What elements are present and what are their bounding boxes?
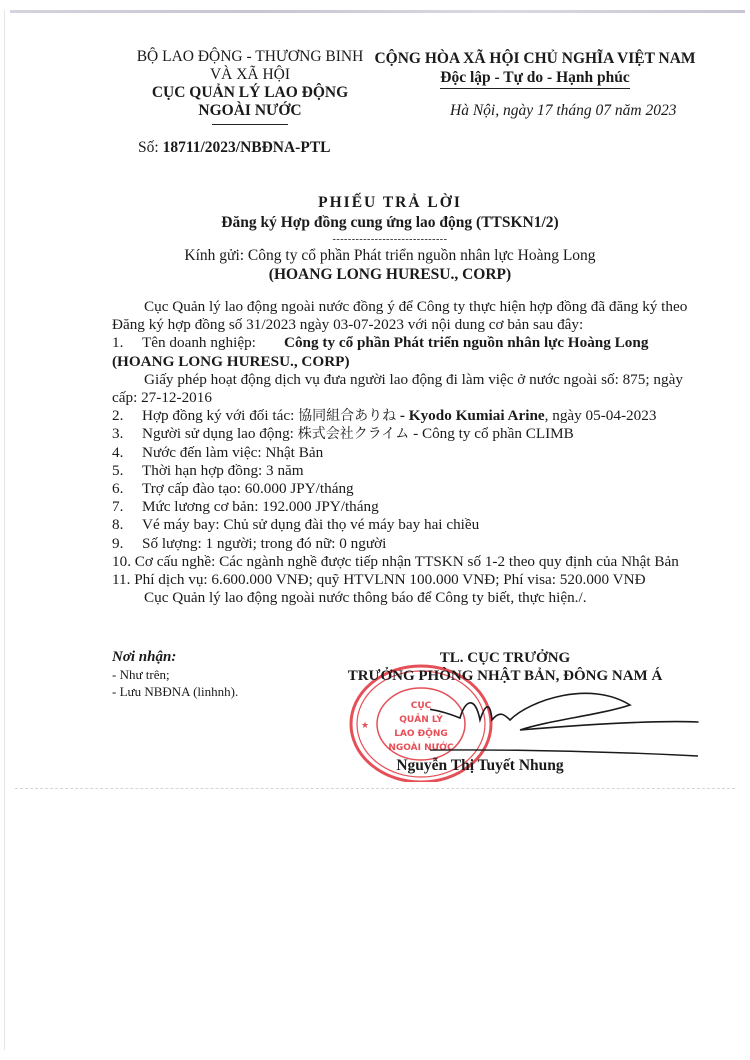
ministry-name-line2: VÀ XÃ HỘI [100, 66, 400, 84]
distribution-heading: Nơi nhận: [112, 649, 238, 666]
addressee-line2: (HOANG LONG HURESU., CORP) [269, 266, 511, 283]
distribution-item: - Lưu NBĐNA (linhnh). [112, 683, 238, 700]
document-body: Cục Quản lý lao động ngoài nước đồng ý đ… [112, 298, 688, 607]
employer-name: - Công ty cổ phần CLIMB [409, 425, 574, 442]
list-item: 2. Hợp đồng ký với đối tác: 協同組合ありね - Ky… [112, 407, 688, 425]
list-item: 3. Người sử dụng lao động: 株式会社クライム - Cô… [112, 425, 688, 443]
item-text: Nước đến làm việc: Nhật Bản [142, 444, 323, 462]
addressee: Kính gửi: Công ty cổ phần Phát triển ngu… [140, 246, 640, 284]
ministry-name-line1: BỘ LAO ĐỘNG - THƯƠNG BINH [100, 48, 400, 66]
partner-name: - Kyodo Kumiai Arine [396, 407, 545, 424]
agency-name-line2: NGOÀI NƯỚC [100, 102, 400, 120]
signatory-authority: TL. CỤC TRƯỞNG [320, 649, 690, 667]
item-number: 2. [112, 407, 142, 425]
document-subtitle: Đăng ký Hợp đồng cung ứng lao động (TTSK… [200, 213, 580, 233]
partner-name-jp: 協同組合ありね [298, 408, 396, 424]
document-title: PHIẾU TRẢ LỜI [200, 193, 580, 213]
item-text: Phí dịch vụ: 6.600.000 VNĐ; quỹ HTVLNN 1… [134, 571, 645, 588]
item-text: Trợ cấp đào tạo: 60.000 JPY/tháng [142, 480, 354, 498]
signer-name: Nguyễn Thị Tuyết Nhung [345, 757, 615, 775]
partner-date: , ngày 05-04-2023 [545, 407, 657, 424]
item-text: Mức lương cơ bản: 192.000 JPY/tháng [142, 498, 379, 516]
list-item: 6. Trợ cấp đào tạo: 60.000 JPY/tháng [112, 480, 688, 498]
list-item: 10. Cơ cấu nghề: Các ngành nghề được tiế… [112, 553, 688, 571]
item-label: Hợp đồng ký với đối tác: [142, 407, 298, 424]
list-item: 8. Vé máy bay: Chủ sử dụng đài thọ vé má… [112, 516, 688, 534]
signature-block: TL. CỤC TRƯỞNG TRƯỞNG PHÒNG NHẬT BẢN, ĐÔ… [320, 649, 690, 685]
item-text: Cơ cấu nghề: Các ngành nghề được tiếp nh… [135, 553, 679, 570]
item-number: 8. [112, 516, 142, 534]
handwritten-signature-icon [430, 690, 700, 760]
list-item: 7. Mức lương cơ bản: 192.000 JPY/tháng [112, 498, 688, 516]
intro-paragraph: Cục Quản lý lao động ngoài nước đồng ý đ… [112, 298, 688, 334]
item-number: 11. [112, 571, 130, 588]
svg-text:CỤC: CỤC [411, 701, 432, 711]
closing-paragraph: Cục Quản lý lao động ngoài nước thông bá… [112, 589, 688, 607]
item-number: 5. [112, 462, 142, 480]
scan-edge-left [4, 10, 5, 1050]
item-label: Tên doanh nghiệp: [142, 334, 256, 351]
item-number: 4. [112, 444, 142, 462]
item-label: Người sử dụng lao động: [142, 425, 298, 442]
svg-text:★: ★ [361, 721, 369, 731]
item-number: 7. [112, 498, 142, 516]
item-number: 10. [112, 553, 131, 570]
title-separator: ------------------------------ [200, 233, 580, 247]
scan-edge-top [10, 10, 745, 13]
distribution-item: - Như trên; [112, 666, 238, 683]
item-number: 1. [112, 334, 142, 352]
item-number: 9. [112, 535, 142, 553]
item-text: Thời hạn hợp đồng: 3 năm [142, 462, 304, 480]
scan-edge-bottom [15, 788, 735, 790]
employer-name-jp: 株式会社クライム [298, 426, 410, 442]
document-number: Số: 18711/2023/NBĐNA-PTL [138, 139, 331, 157]
list-item: 9. Số lượng: 1 người; trong đó nữ: 0 ngư… [112, 535, 688, 553]
nation-name: CỘNG HÒA XÃ HỘI CHỦ NGHĨA VIỆT NAM [365, 49, 705, 68]
document-number-label: Số: [138, 139, 163, 156]
distribution-list: Nơi nhận: - Như trên; - Lưu NBĐNA (linhn… [112, 649, 238, 700]
item-number: 3. [112, 425, 142, 443]
agency-name-line1: CỤC QUẢN LÝ LAO ĐỘNG [100, 84, 400, 102]
addressee-line1: Kính gửi: Công ty cổ phần Phát triển ngu… [140, 246, 640, 265]
place-and-date: Hà Nội, ngày 17 tháng 07 năm 2023 [450, 102, 676, 120]
issuing-agency-header: BỘ LAO ĐỘNG - THƯƠNG BINH VÀ XÃ HỘI CỤC … [100, 48, 400, 125]
document-title-block: PHIẾU TRẢ LỜI Đăng ký Hợp đồng cung ứng … [200, 193, 580, 247]
document-number-value: 18711/2023/NBĐNA-PTL [163, 139, 331, 156]
list-item: 5. Thời hạn hợp đồng: 3 năm [112, 462, 688, 480]
item-text: Vé máy bay: Chủ sử dụng đài thọ vé máy b… [142, 516, 479, 534]
item-number: 6. [112, 480, 142, 498]
signatory-title: TRƯỞNG PHÒNG NHẬT BẢN, ĐÔNG NAM Á [320, 667, 690, 685]
list-item: 11. Phí dịch vụ: 6.600.000 VNĐ; quỹ HTVL… [112, 571, 688, 589]
item-text: Số lượng: 1 người; trong đó nữ: 0 người [142, 535, 386, 553]
national-motto: Độc lập - Tự do - Hạnh phúc [440, 68, 629, 89]
header-divider [212, 124, 288, 125]
license-info: Giấy phép hoạt động dịch vụ đưa người la… [112, 371, 688, 407]
list-item: 4. Nước đến làm việc: Nhật Bản [112, 444, 688, 462]
national-header: CỘNG HÒA XÃ HỘI CHỦ NGHĨA VIỆT NAM Độc l… [365, 49, 705, 89]
